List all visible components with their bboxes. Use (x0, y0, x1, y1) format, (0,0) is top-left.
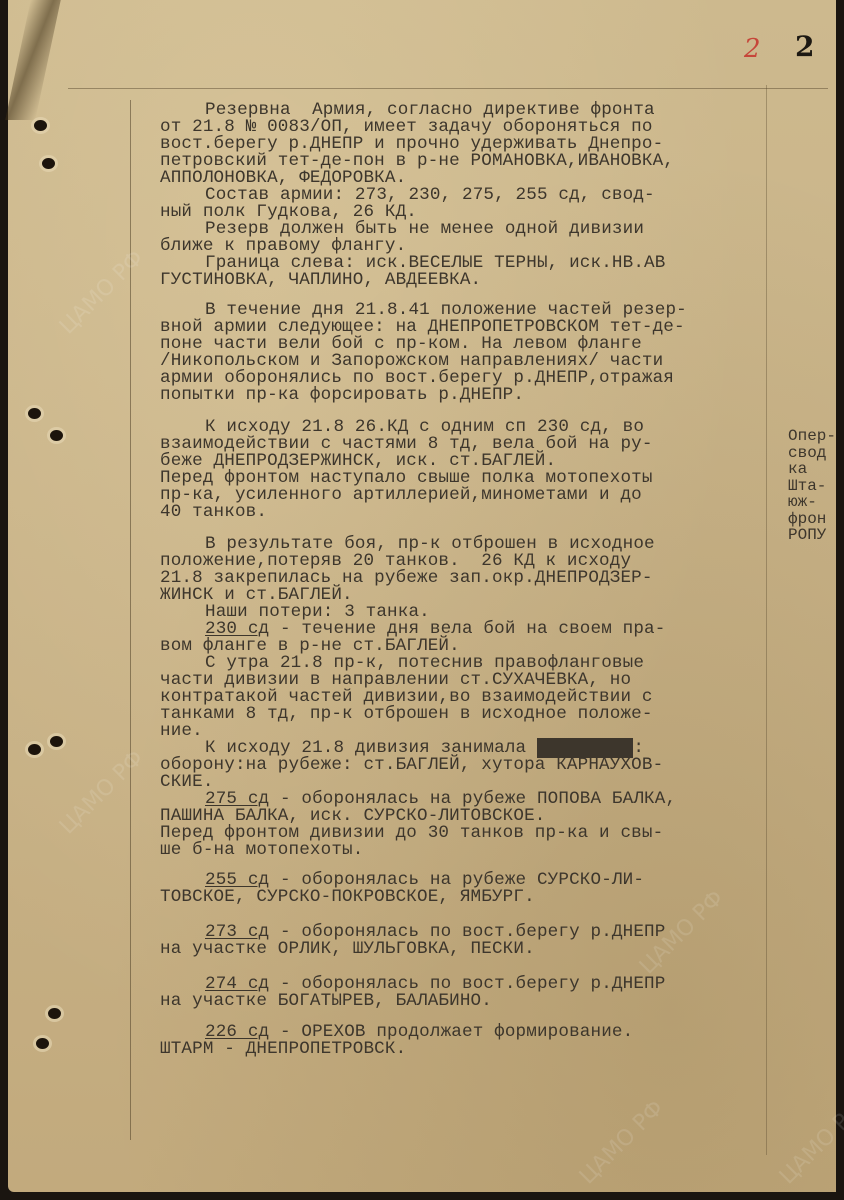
line-text: ТОВСКОЕ, СУРСКО-ПОКРОВСКОЕ, ЯМБУРГ. (160, 887, 535, 907)
watermark: ЦАМО РФ (775, 1096, 844, 1190)
text-line: 40 танков. (160, 504, 267, 521)
text-line: танками 8 тд, пр-к отброшен в исходное п… (160, 706, 653, 723)
binding-hole (28, 744, 41, 755)
folded-corner-shadow (5, 0, 61, 120)
watermark: ЦАМО РФ (55, 246, 149, 340)
top-margin-line (68, 88, 828, 89)
binding-hole (34, 120, 47, 131)
text-line: ШТАРМ - ДНЕПРОПЕТРОВСК. (160, 1041, 406, 1058)
line-text: ГУСТИНОВКА, ЧАПЛИНО, АВДЕЕВКА. (160, 270, 481, 290)
margin-note: Опер- свод ка Шта- юж- фрон РОПУ (788, 428, 844, 544)
binding-hole (50, 430, 63, 441)
binding-hole (36, 1038, 49, 1049)
line-text: 40 танков. (160, 502, 267, 522)
text-line: оборону:на рубеже: ст.БАГЛЕЙ, хутора КАР… (160, 757, 663, 774)
text-line: ше б-на мотопехоты. (160, 842, 363, 859)
line-text: ние. (160, 721, 203, 741)
text-line: на участке ОРЛИК, ШУЛЬГОВКА, ПЕСКИ. (160, 941, 535, 958)
line-text: на участке БОГАТЫРЕВ, БАЛАБИНО. (160, 991, 492, 1011)
binding-hole (42, 158, 55, 169)
line-text: танками 8 тд, пр-к отброшен в исходное п… (160, 704, 653, 724)
right-margin-line (766, 85, 767, 1155)
line-text: на участке ОРЛИК, ШУЛЬГОВКА, ПЕСКИ. (160, 939, 535, 959)
binding-hole (48, 1008, 61, 1019)
binding-hole (28, 408, 41, 419)
text-line: на участке БОГАТЫРЕВ, БАЛАБИНО. (160, 993, 492, 1010)
line-text: попытки пр-ка форсировать р.ДНЕПР. (160, 385, 524, 405)
page-number-red: 2 (744, 34, 761, 64)
text-line: ГУСТИНОВКА, ЧАПЛИНО, АВДЕЕВКА. (160, 272, 481, 289)
line-text: ше б-на мотопехоты. (160, 840, 363, 860)
text-line: ТОВСКОЕ, СУРСКО-ПОКРОВСКОЕ, ЯМБУРГ. (160, 889, 535, 906)
watermark: ЦАМО РФ (55, 746, 149, 840)
document-page: ЦАМО РФ ЦАМО РФ ЦАМО РФ ЦАМО РФ ЦАМО РФ … (8, 0, 836, 1192)
binding-hole (50, 736, 63, 747)
text-line: попытки пр-ка форсировать р.ДНЕПР. (160, 387, 524, 404)
line-text: ШТАРМ - ДНЕПРОПЕТРОВСК. (160, 1039, 406, 1059)
watermark: ЦАМО РФ (575, 1096, 669, 1190)
line-text: оборону:на рубеже: ст.БАГЛЕЙ, хутора КАР… (160, 755, 663, 775)
text-line: ние. (160, 723, 203, 740)
page-number-black: 2 (795, 30, 814, 63)
